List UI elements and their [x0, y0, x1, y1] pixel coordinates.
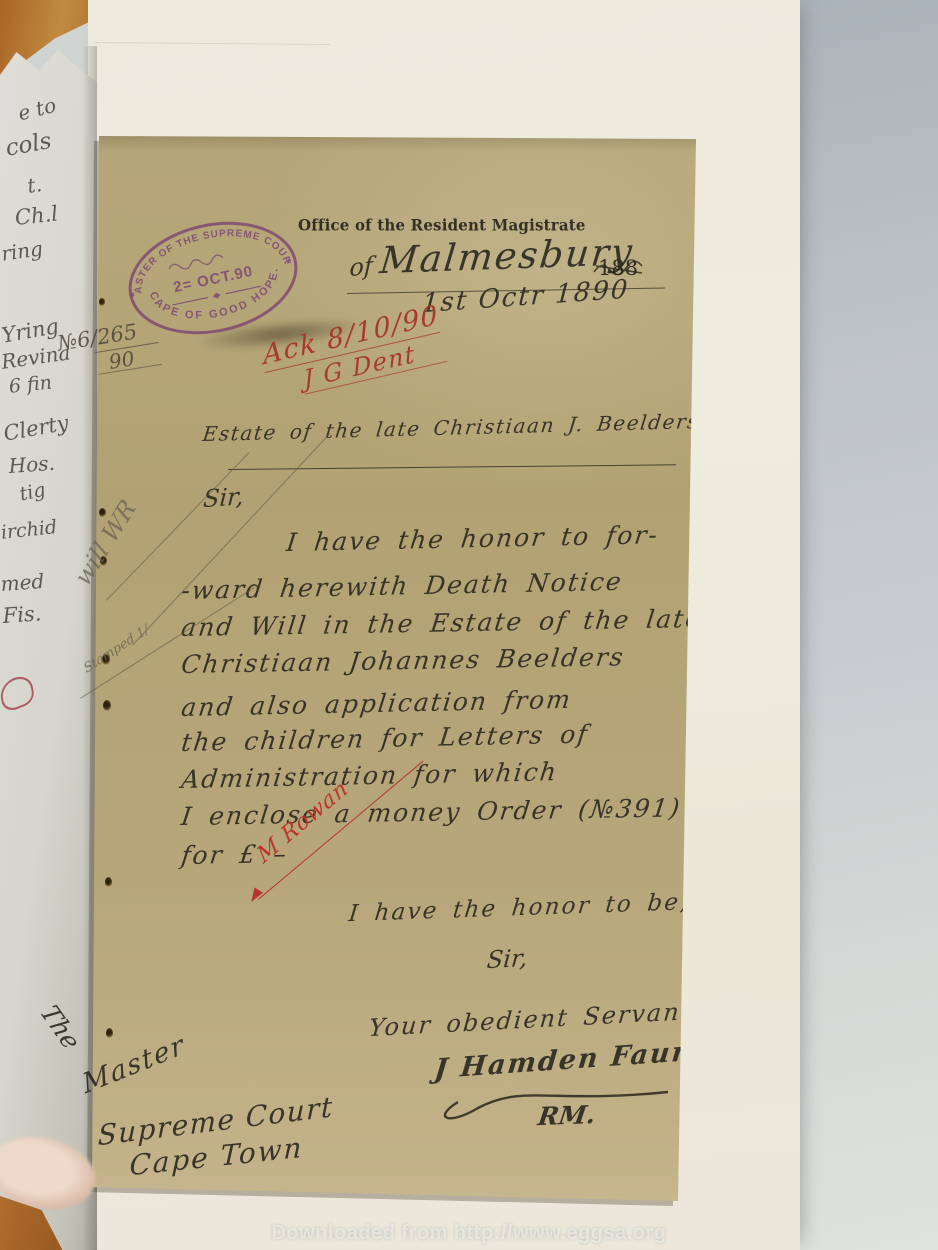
- salutation: Sir,: [202, 484, 244, 511]
- printed-letterhead: Office of the Resident Magistrate: [298, 217, 526, 233]
- red-ink-flourish: [0, 672, 35, 715]
- old-page-text-fragment: e to: [16, 95, 58, 124]
- body-line: and Will in the Estate of the late: [180, 606, 704, 640]
- old-page-text-fragment: Hos.: [8, 453, 55, 476]
- body-line: -ward herewith Death Notice: [180, 569, 624, 603]
- photograph-of-document: e to cols t. Ch.l ring Yring Revina 6 fi…: [0, 0, 938, 1250]
- old-page-text-fragment: Clerty: [2, 413, 70, 445]
- subject-line: Estate of the late Christiaan J. Beelder…: [202, 411, 701, 444]
- red-arrowhead: [247, 887, 263, 904]
- stamp-date: 2= OCT.90: [172, 263, 255, 296]
- body-line: Christiaan Johannes Beelders: [180, 644, 626, 677]
- signature-initials: RM.: [536, 1102, 597, 1129]
- old-page-text-fragment: Fis.: [2, 603, 42, 627]
- old-page-text-fragment: t.: [26, 174, 43, 196]
- letterhead-date: 1st Octr 1890: [421, 277, 630, 318]
- old-page-text-fragment: ring: [0, 238, 44, 264]
- old-page-text-fragment: 6 fin: [8, 374, 53, 397]
- stitch-hole: [105, 877, 112, 887]
- stitch-hole: [99, 298, 105, 306]
- old-page-text-fragment: cols: [4, 130, 53, 161]
- old-page-text-fragment: Ch.l: [14, 204, 59, 229]
- stitch-hole: [103, 700, 111, 711]
- body-line: I enclose a money Order (№391): [180, 795, 683, 829]
- old-page-text-fragment: irchid: [0, 518, 58, 543]
- body-line: the children for Letters of: [180, 721, 590, 755]
- stitch-hole: [106, 1028, 113, 1038]
- closing-servant: Your obedient Servant: [368, 999, 694, 1040]
- stamp-diamond: [212, 292, 221, 300]
- stamp-star-right: *: [285, 255, 294, 271]
- old-page-text-fragment: tig: [18, 481, 47, 505]
- letterhead-of: of: [349, 254, 373, 281]
- closing-sir: Sir,: [486, 946, 529, 972]
- body-line: I have the honor to for-: [285, 522, 660, 555]
- old-page-text-fragment: med: [0, 571, 45, 594]
- watermark-text: Downloaded from http://www.eggsa.org: [0, 1222, 938, 1245]
- body-line: Administration for which: [180, 759, 559, 792]
- body-line: and also application from: [180, 687, 574, 720]
- closing-line: I have the honor to be,: [348, 891, 691, 926]
